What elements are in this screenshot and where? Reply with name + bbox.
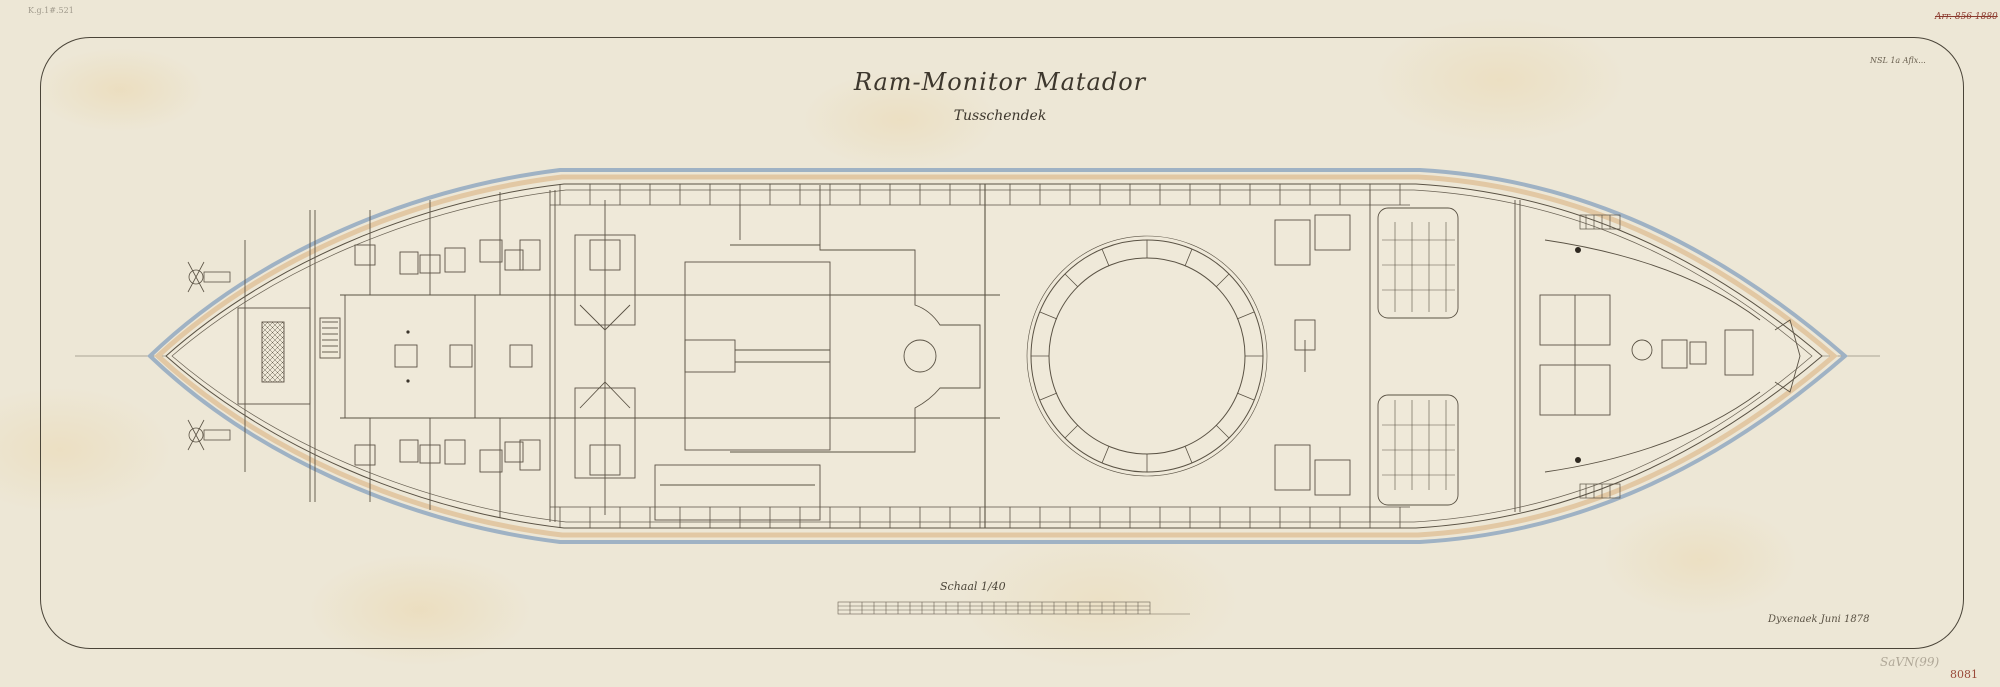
- signature: Dyxenaek Juni 1878: [1768, 614, 1870, 625]
- scale-bar: [838, 602, 1190, 614]
- hull-inner: [166, 184, 1822, 528]
- archive-stamp: SaVN(99): [1880, 655, 1939, 669]
- archive-number: 8081: [1950, 668, 1978, 681]
- scale-label: Schaal 1/40: [940, 580, 1006, 593]
- drawing-sheet: K.g.1#.521 Arr. 856 1880 NSL 1a Aflx... …: [0, 0, 2000, 687]
